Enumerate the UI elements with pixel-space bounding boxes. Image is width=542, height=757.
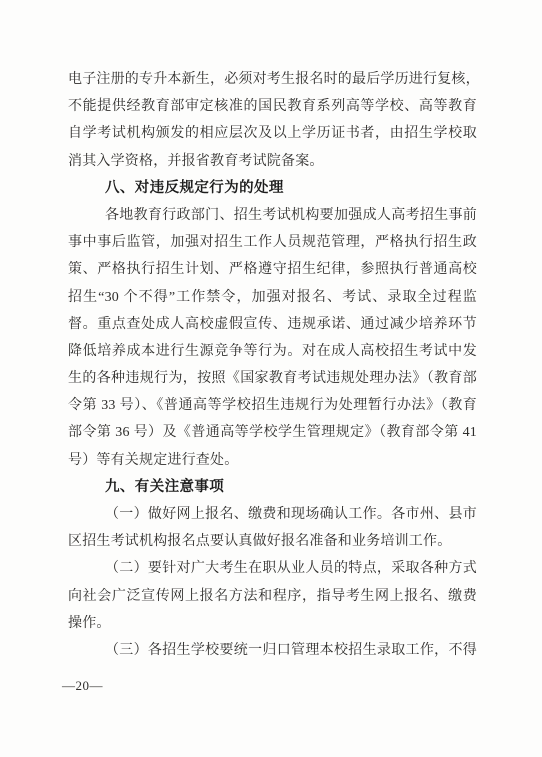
page-body: 电子注册的专升本新生，必须对考生报名时的最后学历进行复核， 不能提供经教育部审定… [68,66,477,664]
page-number: —20— [62,678,103,694]
text-line: 令第 33 号）、《普通高等学校招生违规行为处理暂行办法》（教育 [68,392,477,419]
text-line: （一）做好网上报名、缴费和现场确认工作。各市州、县市 [68,501,477,528]
text-line: 自学考试机构颁发的相应层次及以上学历证书者，由招生学校取 [68,120,477,147]
text-line: 降低培养成本进行生源竞争等行为。对在成人高校招生考试中发 [68,338,477,365]
text-line: 消其入学资格，并报省教育考试院备案。 [68,148,477,175]
section-heading-8: 八、对违反规定行为的处理 [68,175,477,202]
text-line: 电子注册的专升本新生，必须对考生报名时的最后学历进行复核， [68,66,477,93]
text-line: 督。重点查处成人高校虚假宣传、违规承诺、通过减少培养环节 [68,311,477,338]
section-heading-9: 九、有关注意事项 [68,474,477,501]
text-line: 事中事后监管，加强对招生工作人员规范管理，严格执行招生政 [68,229,477,256]
text-line: 生的各种违规行为，按照《国家教育考试违规处理办法》（教育部 [68,365,477,392]
text-line: 号）等有关规定进行查处。 [68,447,477,474]
text-line: 操作。 [68,610,477,637]
text-line: 不能提供经教育部审定核准的国民教育系列高等学校、高等教育 [68,93,477,120]
text-line: 各地教育行政部门、招生考试机构要加强成人高考招生事前 [68,202,477,229]
text-line: 区招生考试机构报名点要认真做好报名准备和业务培训工作。 [68,528,477,555]
text-line: 部令第 36 号）及《普通高等学校学生管理规定》（教育部令第 41 [68,419,477,446]
document-page: 电子注册的专升本新生，必须对考生报名时的最后学历进行复核， 不能提供经教育部审定… [0,0,542,757]
text-line: 向社会广泛宣传网上报名方法和程序，指导考生网上报名、缴费 [68,583,477,610]
text-line: （三）各招生学校要统一归口管理本校招生录取工作，不得 [68,637,477,664]
text-line: （二）要针对广大考生在职从业人员的特点，采取各种方式 [68,555,477,582]
text-line: 策、严格执行招生计划、严格遵守招生纪律，参照执行普通高校 [68,256,477,283]
text-line: 招生“30 个不得”工作禁令，加强对报名、考试、录取全过程监 [68,284,477,311]
